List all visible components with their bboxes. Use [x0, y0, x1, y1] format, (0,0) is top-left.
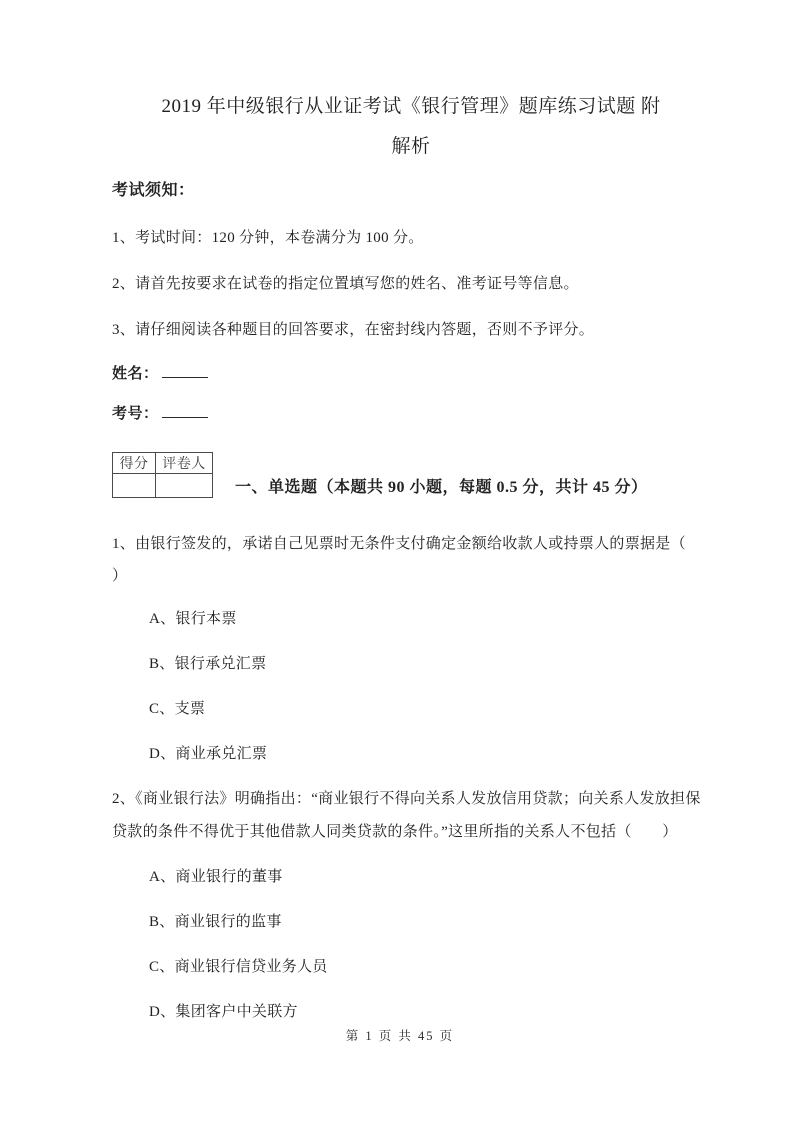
score-table-empty-row: [113, 474, 213, 498]
question-2-line-2: 贷款的条件不得优于其他借款人同类贷款的条件。”这里所指的关系人不包括（ ）: [112, 822, 740, 843]
question-1-option-d: D、商业承兑汇票: [112, 744, 740, 765]
grader-cell-empty: [156, 474, 213, 498]
exam-document-page: 2019 年中级银行从业证考试《银行管理》题库练习试题 附 解析 考试须知： 1…: [0, 0, 800, 1132]
question-2-option-c: C、商业银行信贷业务人员: [112, 957, 740, 978]
name-blank-underline: [162, 364, 208, 378]
score-table-header-grader: 评卷人: [156, 453, 213, 474]
page-number-footer: 第 1 页 共 45 页: [0, 1026, 800, 1044]
score-table-and-section-row: 得分 评卷人 一、单选题（本题共 90 小题，每题 0.5 分，共计 45 分）: [112, 452, 740, 498]
score-cell-empty: [113, 474, 156, 498]
question-2-line-1: 2、《商业银行法》明确指出：“商业银行不得向关系人发放信用贷款；向关系人发放担保: [112, 789, 740, 810]
document-title-line2: 解析: [112, 134, 710, 160]
document-title-line1: 2019 年中级银行从业证考试《银行管理》题库练习试题 附: [112, 94, 710, 120]
exam-no-blank-underline: [162, 404, 208, 418]
notice-item-1: 1、考试时间：120 分钟，本卷满分为 100 分。: [112, 228, 740, 249]
question-2-option-b: B、商业银行的监事: [112, 912, 740, 933]
exam-no-label: 考号：: [112, 406, 159, 422]
question-1-option-a: A、银行本票: [112, 609, 740, 630]
notice-heading: 考试须知：: [112, 180, 740, 202]
section-heading: 一、单选题（本题共 90 小题，每题 0.5 分，共计 45 分）: [235, 474, 648, 497]
question-1-option-c: C、支票: [112, 699, 740, 720]
notice-item-3: 3、请仔细阅读各种题目的回答要求，在密封线内答题，否则不予评分。: [112, 320, 740, 341]
question-2-option-d: D、集团客户中关联方: [112, 1002, 740, 1023]
question-1-option-b: B、银行承兑汇票: [112, 654, 740, 675]
score-table-header-score: 得分: [113, 453, 156, 474]
score-table: 得分 评卷人: [112, 452, 213, 498]
name-label: 姓名：: [112, 366, 159, 382]
score-table-header-row: 得分 评卷人: [113, 453, 213, 474]
exam-no-field-row: 考号：: [112, 404, 740, 425]
name-field-row: 姓名：: [112, 364, 740, 385]
notice-item-2: 2、请首先按要求在试卷的指定位置填写您的姓名、准考证号等信息。: [112, 274, 740, 295]
question-1-line-1: 1、由银行签发的，承诺自己见票时无条件支付确定金额给收款人或持票人的票据是（: [112, 534, 740, 555]
question-1-line-2: ）: [112, 566, 740, 587]
question-2-option-a: A、商业银行的董事: [112, 867, 740, 888]
